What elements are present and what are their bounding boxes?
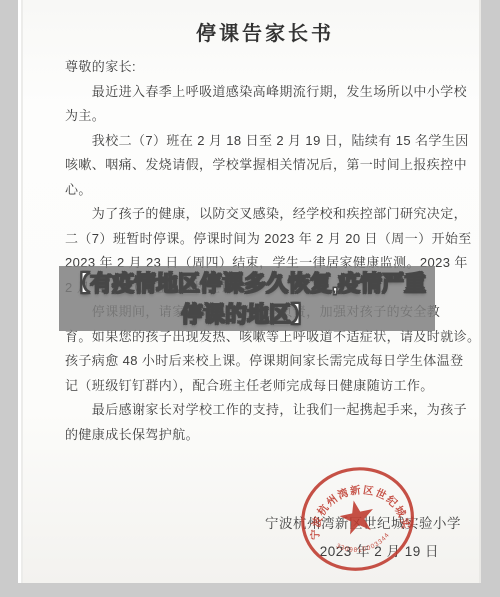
seal-arc-text-holder: 宁波杭州湾新区世纪城实验小学 [272, 448, 412, 557]
seal-arc-text: 宁波杭州湾新区世纪城实验小学 [272, 448, 412, 557]
caption-text: 【有疫情地区停课多久恢复,疫情严重 停课的地区】 [68, 268, 426, 330]
star-icon [337, 497, 377, 536]
school-seal: 宁波杭州湾新区世纪城实验小学 3309810003344 [272, 448, 443, 583]
notice-title: 停课告家长书 [65, 20, 465, 48]
seal-serial-holder: 3309810003344 [334, 530, 394, 558]
notice-paragraph: 最后感谢家长对学校工作的支持，让我们一起携起手来，为孩子 的健康成长保驾护航。 [65, 398, 465, 447]
seal-serial-number: 3309810003344 [334, 530, 394, 558]
notice-paragraph: 最近进入春季上呼吸道感染高峰期流行期，发生场所以中小学校 为主。 [65, 80, 465, 129]
page-background: { "page": { "background_color": "#cbcbcb… [0, 0, 500, 597]
notice-paragraph: 我校二（7）班在 2 月 18 日至 2 月 19 日，陆续有 15 名学生因 … [65, 129, 465, 203]
caption-overlay: 【有疫情地区停课多久恢复,疫情严重 停课的地区】 [59, 266, 435, 331]
notice-body: 停课告家长书 尊敬的家长: 最近进入春季上呼吸道感染高峰期流行期，发生场所以中小… [65, 0, 465, 447]
salutation: 尊敬的家长: [65, 55, 465, 80]
